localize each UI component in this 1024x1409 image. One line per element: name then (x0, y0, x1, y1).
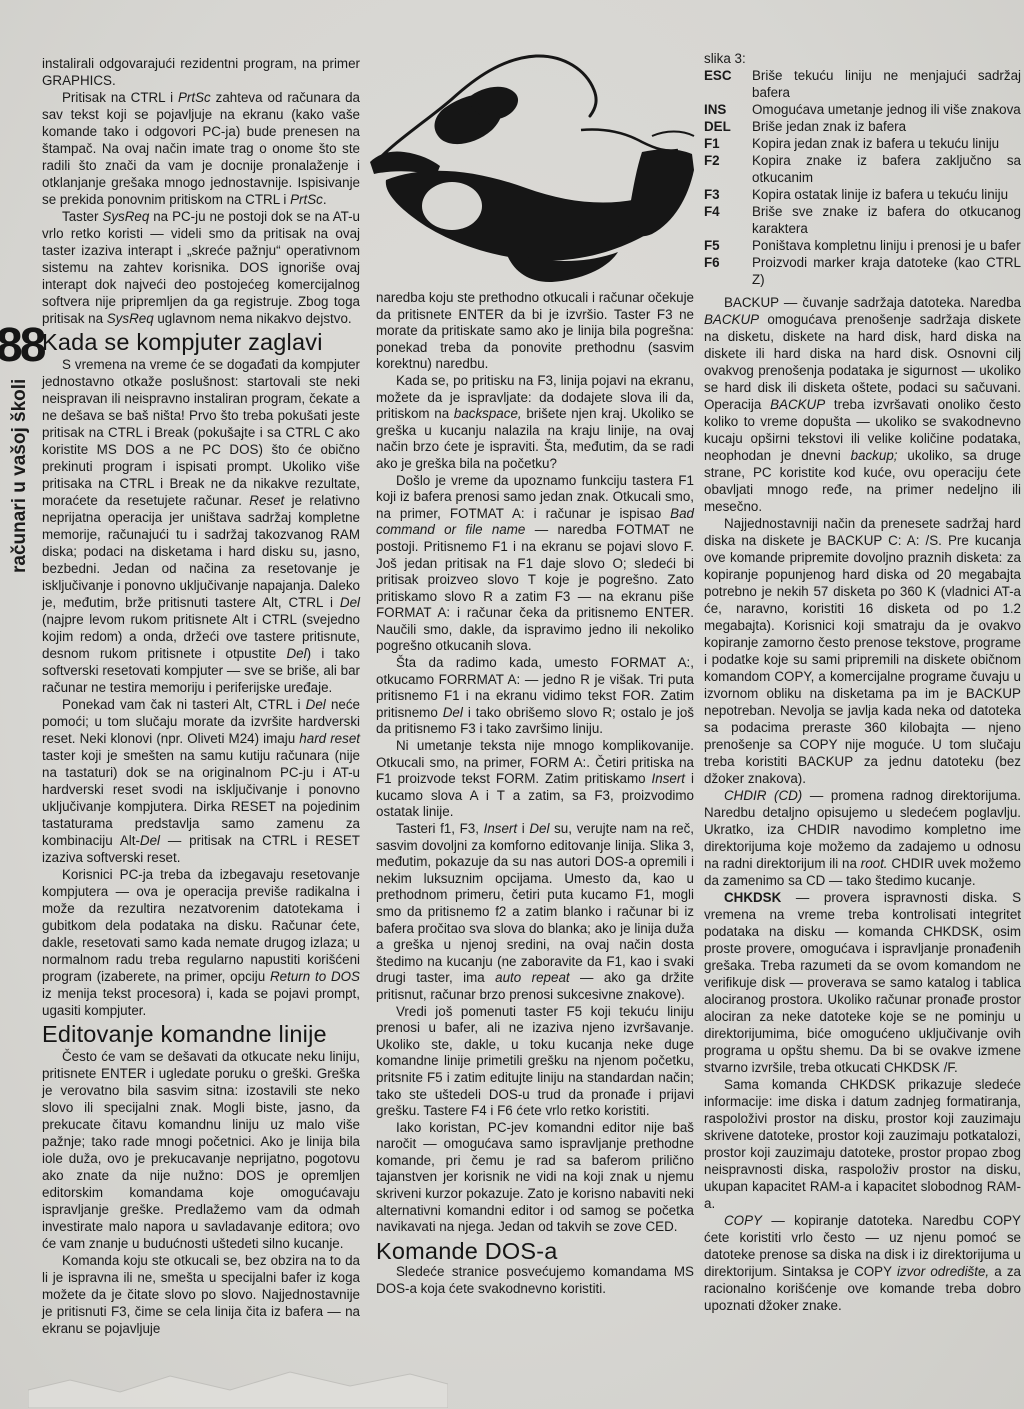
hand-illustration (356, 2, 700, 294)
column-3: slika 3: ESC Briše tekuću liniju ne menj… (704, 50, 1021, 1314)
paragraph: Ni umetanje teksta nije mnogo komplikova… (376, 738, 694, 821)
key-row: ESC Briše tekuću liniju ne menjajući sad… (704, 67, 1021, 101)
paragraph: Komanda koju ste otkucali se, bez obzira… (42, 1252, 360, 1337)
paragraph: Tasteri f1, F3, Insert i Del su, verujte… (376, 821, 694, 1004)
key-description: Briše sve znake iz bafera do otkucanog k… (752, 203, 1021, 237)
paragraph: Najjednostavniji način da prenesete sadr… (704, 515, 1021, 787)
paragraph: S vremena na vreme će se događati da kom… (42, 356, 360, 696)
paper-tear (28, 1356, 448, 1408)
paragraph: CHKDSK — provera ispravnosti diska. S vr… (704, 889, 1021, 1076)
key-description: Briše tekuću liniju ne menjajući sadržaj… (752, 67, 1021, 101)
shadow-highlight (422, 182, 482, 230)
key-label: ESC (704, 67, 752, 101)
paragraph: Iako koristan, PC-jev komandni editor ni… (376, 1120, 694, 1236)
key-row: INS Omogućava umetanje jednog ili više z… (704, 101, 1021, 118)
key-description: Briše jedan znak iz bafera (752, 118, 1021, 135)
figure3-key-list: ESC Briše tekuću liniju ne menjajući sad… (704, 67, 1021, 288)
paragraph: Ponekad vam čak ni tasteri Alt, CTRL i D… (42, 696, 360, 866)
cuff-line (652, 132, 694, 137)
paragraph: BACKUP — čuvanje sadržaja datoteka. Nare… (704, 294, 1021, 515)
heading-kada-se-kompjuter-zaglavi: Kada se kompjuter zaglavi (42, 334, 360, 351)
heading-komande-dos-a: Komande DOS-a (376, 1243, 694, 1260)
heading-editovanje-komandne-linije: Editovanje komandne linije (42, 1026, 360, 1043)
key-label: INS (704, 101, 752, 118)
key-row: F1 Kopira jedan znak iz bafera u tekuću … (704, 135, 1021, 152)
wrist-shadow (628, 149, 694, 236)
page-number: 88 (0, 318, 43, 373)
paragraph: instalirali odgovarajući rezidentni prog… (42, 55, 360, 89)
section-side-title: računari u vašoj školi (9, 379, 31, 573)
paragraph: Pritisak na CTRL i PrtSc zahteva od raču… (42, 89, 360, 208)
key-label: DEL (704, 118, 752, 135)
key-row: DEL Briše jedan znak iz bafera (704, 118, 1021, 135)
magazine-page: 88 računari u vašoj školi instalirali od… (0, 0, 1024, 1409)
key-description: Omogućava umetanje jednog ili više znako… (752, 101, 1021, 118)
key-description: Kopira znake iz bafera zaključno sa otku… (752, 152, 1021, 186)
paragraph: Sama komanda CHKDSK prikazuje sledeće in… (704, 1076, 1021, 1212)
paragraph: Taster SysReq na PC-ju ne postoji dok se… (42, 208, 360, 327)
tear-edge (28, 1372, 448, 1408)
paragraph: Došlo je vreme da upoznamo funkciju tast… (376, 473, 694, 656)
key-row: F3 Kopira ostatak linije iz bafera u tek… (704, 186, 1021, 203)
key-description: Proizvodi marker kraja datoteke (kao CTR… (752, 254, 1021, 288)
paragraph: Često će vam se dešavati da otkucate nek… (42, 1048, 360, 1252)
key-row: F4 Briše sve znake iz bafera do otkucano… (704, 203, 1021, 237)
key-row: F2 Kopira znake iz bafera zaključno sa o… (704, 152, 1021, 186)
key-label: F1 (704, 135, 752, 152)
key-label: F2 (704, 152, 752, 186)
paragraph: Sledeće stranice posvećujemo komandama M… (376, 1264, 694, 1297)
paragraph: Šta da radimo kada, umesto FORMAT A:, ot… (376, 655, 694, 738)
column-1: instalirali odgovarajući rezidentni prog… (42, 55, 360, 1337)
column-2: naredba koju ste prethodno otkucali i ra… (376, 290, 694, 1298)
paragraph: Vredi još pomenuti taster F5 koji tekuću… (376, 1004, 694, 1120)
key-label: F3 (704, 186, 752, 203)
key-description: Kopira jedan znak iz bafera u tekuću lin… (752, 135, 1021, 152)
key-description: Poništava kompletnu liniju i prenosi je … (752, 237, 1021, 254)
paragraph: COPY — kopiranje datoteka. Naredbu COPY … (704, 1212, 1021, 1314)
figure-caption: slika 3: (704, 50, 1021, 67)
key-description: Kopira ostatak linije iz bafera u tekuću… (752, 186, 1021, 203)
paragraph: Kada se, po pritisku na F3, linija pojav… (376, 373, 694, 473)
paragraph: naredba koju ste prethodno otkucali i ra… (376, 290, 694, 373)
key-row: F5 Poništava kompletnu liniju i prenosi … (704, 237, 1021, 254)
key-row: F6 Proizvodi marker kraja datoteke (kao … (704, 254, 1021, 288)
key-label: F6 (704, 254, 752, 288)
key-label: F4 (704, 203, 752, 237)
key-label: F5 (704, 237, 752, 254)
paragraph: Korisnici PC-ja treba da izbegavaju rese… (42, 866, 360, 1019)
paragraph: CHDIR (CD) — promena radnog direktorijum… (704, 787, 1021, 889)
